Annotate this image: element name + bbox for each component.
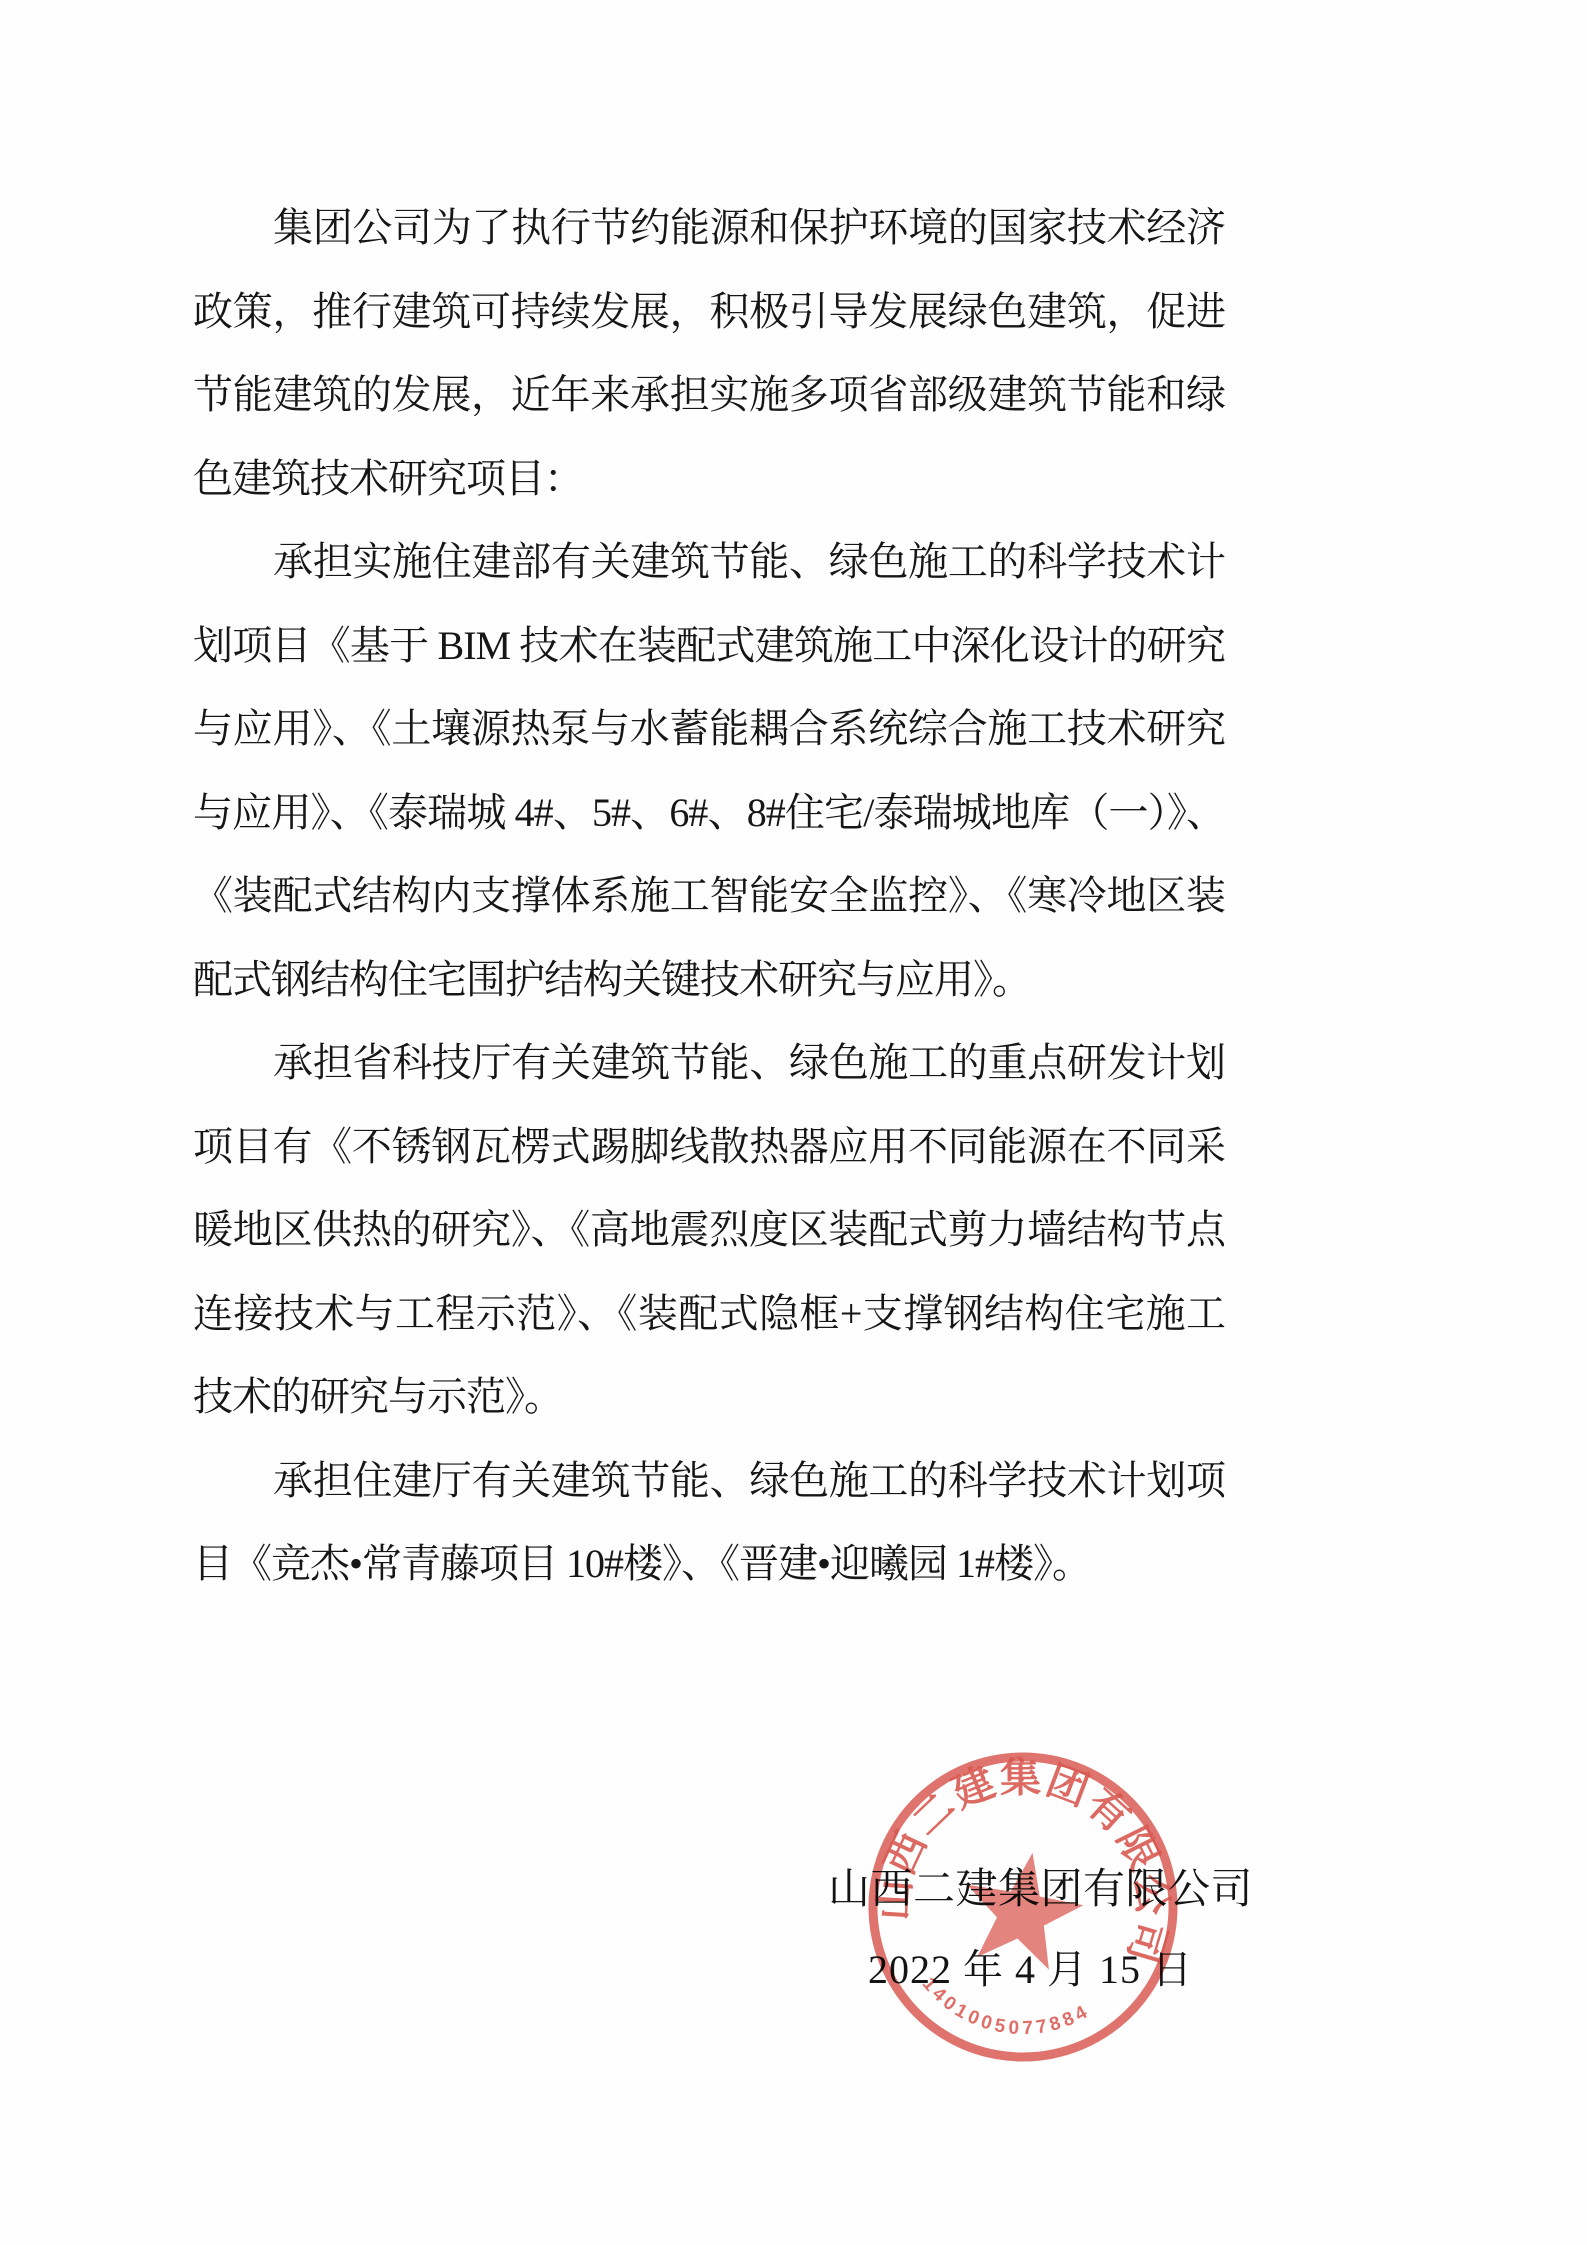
document-page: 集团公司为了执行节约能源和保护环境的国家技术经济政策，推行建筑可持续发展，积极引… — [0, 0, 1587, 2245]
signature-company-name: 山西二建集团有限公司 — [828, 1856, 1253, 1916]
body-paragraph-intro: 集团公司为了执行节约能源和保护环境的国家技术经济政策，推行建筑可持续发展，积极引… — [193, 186, 1225, 520]
document-body: 集团公司为了执行节约能源和保护环境的国家技术经济政策，推行建筑可持续发展，积极引… — [193, 186, 1225, 1606]
body-paragraph-mohurd: 承担实施住建部有关建筑节能、绿色施工的科学技术计划项目《基于 BIM 技术在装配… — [193, 520, 1225, 1021]
body-paragraph-sci-tech: 承担省科技厅有关建筑节能、绿色施工的重点研发计划项目有《不锈钢瓦楞式踢脚线散热器… — [193, 1021, 1225, 1439]
signature-date: 2022 年 4 月 15 日 — [868, 1938, 1193, 1995]
body-paragraph-provincial: 承担住建厅有关建筑节能、绿色施工的科学技术计划项目《竞杰•常青藤项目 10#楼》… — [193, 1439, 1225, 1606]
